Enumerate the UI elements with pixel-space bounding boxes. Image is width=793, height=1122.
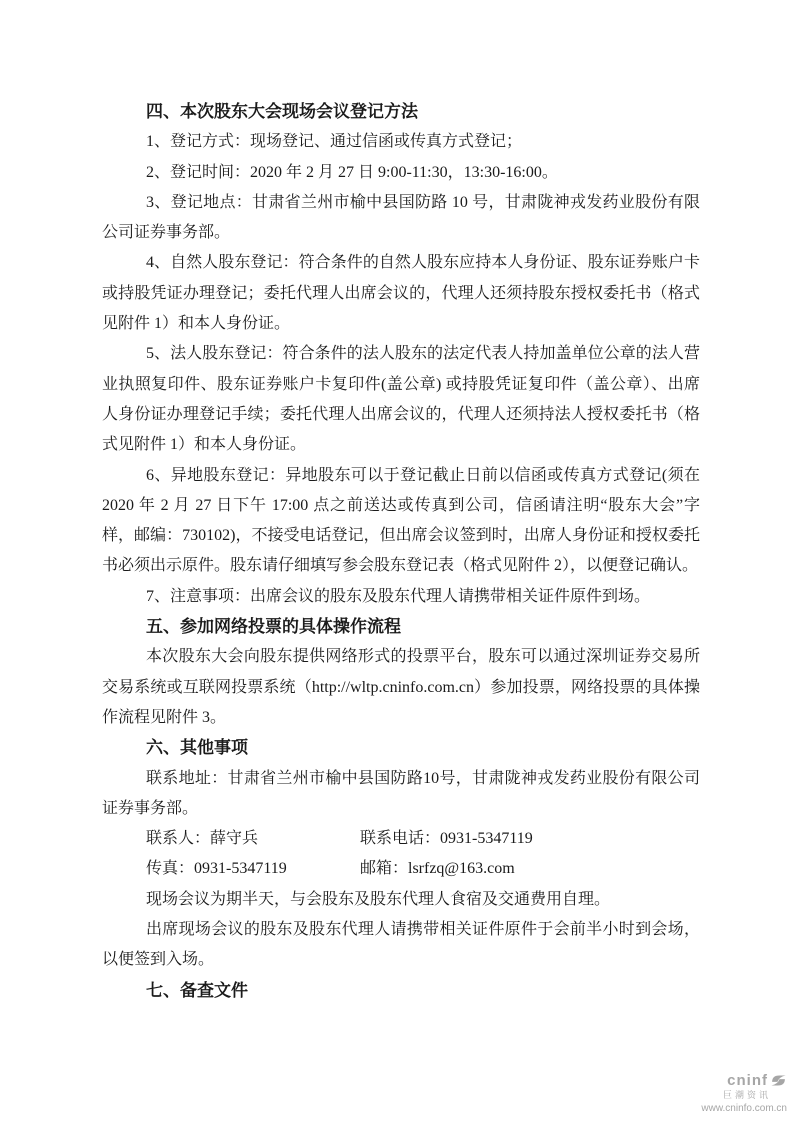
cninfo-brand-name: 巨潮资讯 — [701, 1090, 787, 1100]
contact-person: 联系人：薛守兵 — [146, 824, 360, 854]
document-body: 四、本次股东大会现场会议登记方法 1、登记方式：现场登记、通过信函或传真方式登记… — [102, 97, 700, 1006]
document-page: 四、本次股东大会现场会议登记方法 1、登记方式：现场登记、通过信函或传真方式登记… — [0, 0, 793, 1122]
section-5-body: 本次股东大会向股东提供网络形式的投票平台，股东可以通过深圳证券交易所交易系统或互… — [102, 642, 700, 733]
contact-email: 邮箱：lsrfzq@163.com — [360, 854, 515, 884]
cninfo-watermark: cninf 巨潮资讯 www.cninfo.com.cn — [701, 1072, 787, 1114]
section-5-heading: 五、参加网络投票的具体操作流程 — [102, 612, 700, 642]
cninfo-logo-text: cninf — [727, 1072, 768, 1089]
section-7-heading: 七、备查文件 — [102, 976, 700, 1006]
section-4-heading: 四、本次股东大会现场会议登记方法 — [102, 97, 700, 127]
item-remote-shareholder-registration: 6、异地股东登记：异地股东可以于登记截止日前以信函或传真方式登记(须在 2020… — [102, 461, 700, 582]
item-legal-person-registration: 5、法人股东登记：符合条件的法人股东的法定代表人持加盖单位公章的法人营业执照复印… — [102, 339, 700, 460]
contact-phone: 联系电话：0931-5347119 — [360, 824, 533, 854]
section-6-heading: 六、其他事项 — [102, 733, 700, 763]
note-arrival-instruction: 出席现场会议的股东及股东代理人请携带相关证件原件于会前半小时到会场，以便签到入场… — [102, 915, 700, 976]
cninfo-logo-line: cninf — [701, 1072, 787, 1089]
cninfo-swirl-icon — [770, 1072, 787, 1089]
item-natural-person-registration: 4、自然人股东登记：符合条件的自然人股东应持本人身份证、股东证券账户卡或持股凭证… — [102, 248, 700, 339]
note-meeting-duration: 现场会议为期半天，与会股东及股东代理人食宿及交通费用自理。 — [102, 885, 700, 915]
contact-row-2: 传真：0931-5347119 邮箱：lsrfzq@163.com — [102, 854, 700, 884]
contact-row-1: 联系人：薛守兵 联系电话：0931-5347119 — [102, 824, 700, 854]
item-registration-time: 2、登记时间：2020 年 2 月 27 日 9:00-11:30，13:30-… — [102, 158, 700, 188]
item-registration-method: 1、登记方式：现场登记、通过信函或传真方式登记； — [102, 127, 700, 157]
contact-address: 联系地址：甘肃省兰州市榆中县国防路10号，甘肃陇神戎发药业股份有限公司证券事务部… — [102, 764, 700, 825]
cninfo-site-url: www.cninfo.com.cn — [701, 1103, 787, 1115]
contact-fax: 传真：0931-5347119 — [146, 854, 360, 884]
item-notes: 7、注意事项：出席会议的股东及股东代理人请携带相关证件原件到场。 — [102, 582, 700, 612]
item-registration-location: 3、登记地点：甘肃省兰州市榆中县国防路 10 号，甘肃陇神戎发药业股份有限公司证… — [102, 188, 700, 249]
